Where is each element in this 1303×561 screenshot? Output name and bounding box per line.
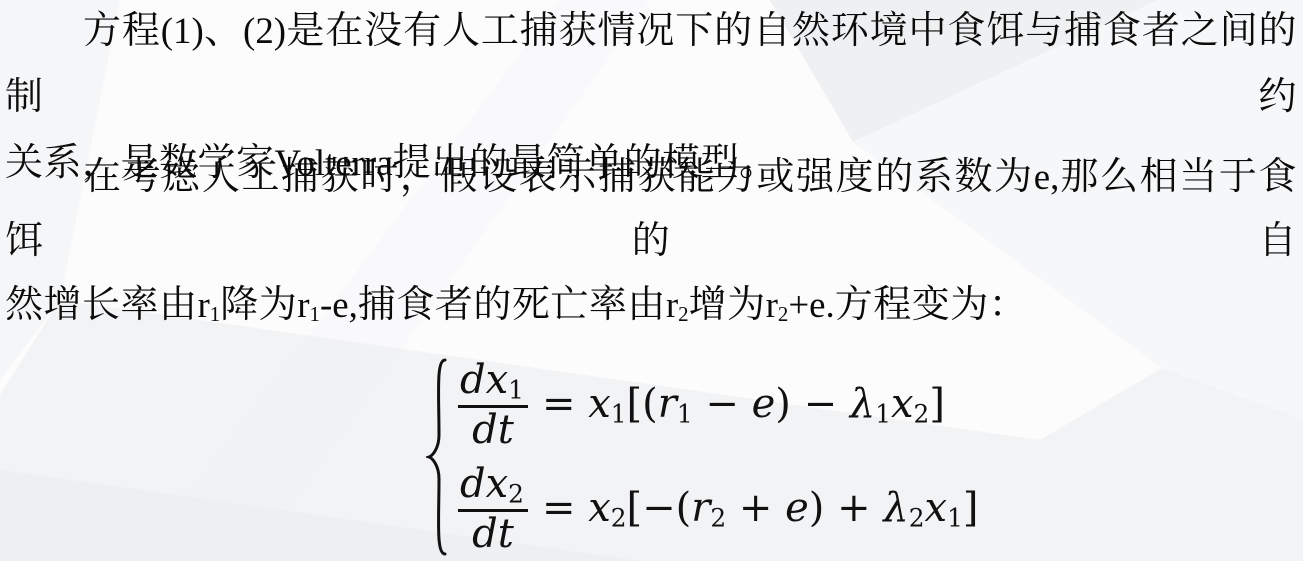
fraction-dx1-dt: dx1 dt [458, 358, 528, 452]
equation-rhs: = x1[(r1 − e) − λ1x2] [542, 381, 945, 428]
text-line-4: 然增长率由r1降为r1-e,捕食者的死亡率由r2增为r2+e.方程变为： [5, 273, 1297, 346]
text-segment: [−( [627, 485, 692, 531]
text-segment: x [925, 485, 948, 531]
equation-row-1: dx1 dt = x1[(r1 − e) − λ1x2] [458, 358, 978, 452]
text-segment: dx [460, 357, 508, 403]
equation-row-2: dx2 dt = x2[−(r2 + e) + λ2x1] [458, 462, 978, 556]
text-segment: e [752, 381, 776, 427]
text-segment: + [726, 485, 785, 531]
text-segment: e [785, 485, 809, 531]
text-segment: x [588, 485, 611, 531]
text-segment: 在考虑人工捕获时，假设表示捕获能力或强度的系数为 [83, 156, 1034, 198]
text-segment: x [588, 381, 611, 427]
text-segment: 1 [310, 302, 320, 326]
text-segment: ) + [809, 485, 884, 531]
text-segment: λ [850, 381, 875, 427]
text-segment: 2 [710, 504, 726, 533]
text-segment: 捕食者的死亡率由 [358, 284, 666, 326]
text-segment: -e, [320, 284, 358, 325]
text-segment: 2 [508, 479, 524, 508]
paragraph-harvesting: 在考虑人工捕获时，假设表示捕获能力或强度的系数为e,那么相当于食饵的自 然增长率… [5, 145, 1297, 346]
text-segment: +e. [788, 284, 834, 325]
text-segment: r [658, 381, 677, 427]
text-segment: 1 [508, 375, 524, 404]
text-segment: = [542, 485, 588, 531]
text-segment: 1 [677, 400, 693, 429]
text-segment: (1) [161, 10, 204, 51]
text-segment: 2 [914, 400, 930, 429]
text-segment: 方程变为： [835, 284, 1028, 326]
text-segment: r [666, 284, 678, 325]
text-segment: 1 [210, 302, 220, 326]
fraction-numerator: dx1 [458, 358, 528, 408]
text-segment: λ [883, 485, 908, 531]
fraction-denominator: dt [472, 512, 514, 556]
text-segment: 1 [611, 400, 627, 429]
slide: 方程(1)、(2)是在没有人工捕获情况下的自然环境中食饵与捕食者之间的制约 关系… [0, 0, 1303, 561]
fraction-denominator: dt [472, 408, 514, 452]
text-segment: − [693, 381, 752, 427]
equation-system: dx1 dt = x1[(r1 − e) − λ1x2] dx2 dt = x2… [426, 357, 978, 557]
text-segment: ] [963, 485, 979, 531]
text-segment: 2 [678, 302, 688, 326]
text-segment: 1 [947, 504, 963, 533]
text-segment: r [198, 284, 210, 325]
text-segment: ) − [775, 381, 850, 427]
fraction-numerator: dx2 [458, 462, 528, 512]
text-segment: 方程 [83, 10, 161, 52]
text-segment: dt [472, 407, 514, 453]
text-segment: ] [929, 381, 945, 427]
text-segment: r [297, 284, 309, 325]
text-segment: 2 [909, 504, 925, 533]
text-segment: 增为 [689, 284, 766, 326]
text-segment: r [691, 485, 710, 531]
text-segment: 然增长率由 [5, 284, 198, 326]
left-brace-icon [426, 357, 448, 557]
text-segment: 、 [204, 10, 243, 52]
text-segment: r [766, 284, 778, 325]
text-segment: 1 [875, 400, 891, 429]
text-segment: = [542, 381, 588, 427]
fraction-dx2-dt: dx2 dt [458, 462, 528, 556]
text-line-1: 方程(1)、(2)是在没有人工捕获情况下的自然环境中食饵与捕食者之间的制约 [5, 0, 1297, 130]
text-segment: e, [1034, 156, 1060, 197]
text-segment: x [891, 381, 914, 427]
text-segment: 降为 [220, 284, 297, 326]
text-segment: dx [460, 461, 508, 507]
text-segment: 2 [778, 302, 788, 326]
equation-rows: dx1 dt = x1[(r1 − e) − λ1x2] dx2 dt = x2… [458, 358, 978, 556]
text-line-3: 在考虑人工捕获时，假设表示捕获能力或强度的系数为e,那么相当于食饵的自 [5, 145, 1297, 273]
equation-rhs: = x2[−(r2 + e) + λ2x1] [542, 485, 979, 532]
text-segment: [( [627, 381, 658, 427]
text-segment: (2) [243, 10, 286, 51]
text-segment: dt [472, 511, 514, 557]
text-segment: 2 [611, 504, 627, 533]
